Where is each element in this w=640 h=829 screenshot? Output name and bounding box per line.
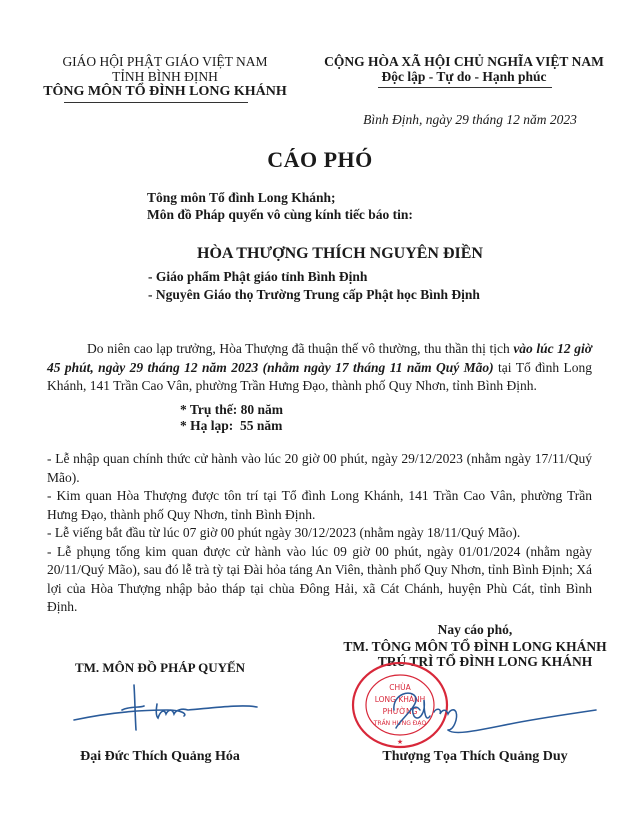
event-item: - Lễ viếng bắt đầu từ lúc 07 giờ 00 phút… [47,524,592,543]
intro-line-2: Môn đồ Pháp quyến vô cùng kính tiếc báo … [147,206,413,223]
issuer-underline [64,102,248,103]
intro: Tông môn Tổ đình Long Khánh; Môn đồ Pháp… [147,189,413,223]
announcement-text-1: Do niên cao lạp trưởng, Hòa Thượng đã th… [87,341,513,356]
event-item: - Lễ phụng tống kim quan được cử hành và… [47,543,592,617]
motto-underline [378,87,552,88]
national-motto: Độc lập - Tự do - Hạnh phúc [322,69,606,84]
deceased-title-2: - Nguyên Giáo thọ Trường Trung cấp Phật … [148,286,480,304]
national-header: CỘNG HÒA XÃ HỘI CHỦ NGHĨA VIỆT NAM Độc l… [322,54,606,84]
right-signer-name: Thượng Tọa Thích Quảng Duy [310,749,640,765]
events-list: - Lễ nhập quan chính thức cử hành vào lú… [47,450,592,617]
issuer-line-3: TÔNG MÔN TỔ ĐÌNH LONG KHÁNH [40,84,290,99]
ages-block: * Trụ thế: 80 năm * Hạ lạp: 55 năm [180,402,283,434]
intro-line-1: Tông môn Tổ đình Long Khánh; [147,189,413,206]
national-title: CỘNG HÒA XÃ HỘI CHỦ NGHĨA VIỆT NAM [322,54,606,69]
tru-the: * Trụ thế: 80 năm [180,402,283,418]
place-date: Bình Định, ngày 29 tháng 12 năm 2023 [350,112,590,128]
issuer-line-1: GIÁO HỘI PHẬT GIÁO VIỆT NAM [40,54,290,69]
deceased-title-1: - Giáo phẩm Phật giáo tỉnh Bình Định [148,268,480,286]
issuer-line-2: TỈNH BÌNH ĐỊNH [40,69,290,84]
ha-lap: * Hạ lạp: 55 năm [180,418,283,434]
event-item: - Kim quan Hòa Thượng được tôn trí tại T… [47,487,592,524]
left-signer-name: Đại Đức Thích Quảng Hóa [40,749,280,765]
document-title: CÁO PHÓ [0,147,640,173]
closing-text: Nay cáo phó, [310,622,640,638]
deceased-name: HÒA THƯỢNG THÍCH NGUYÊN ĐIỀN [0,245,640,263]
left-signer-role: TM. MÔN ĐỒ PHÁP QUYẾN [40,660,280,676]
deceased-titles: - Giáo phẩm Phật giáo tỉnh Bình Định - N… [148,268,480,304]
right-signature-icon [390,680,600,740]
event-item: - Lễ nhập quan chính thức cử hành vào lú… [47,450,592,487]
announcement-paragraph: Do niên cao lạp trưởng, Hòa Thượng đã th… [47,340,592,396]
issuer-header: GIÁO HỘI PHẬT GIÁO VIỆT NAM TỈNH BÌNH ĐỊ… [40,54,290,99]
right-signer-role-1: TM. TÔNG MÔN TỔ ĐÌNH LONG KHÁNH [310,639,640,655]
left-signature-icon [72,680,262,740]
